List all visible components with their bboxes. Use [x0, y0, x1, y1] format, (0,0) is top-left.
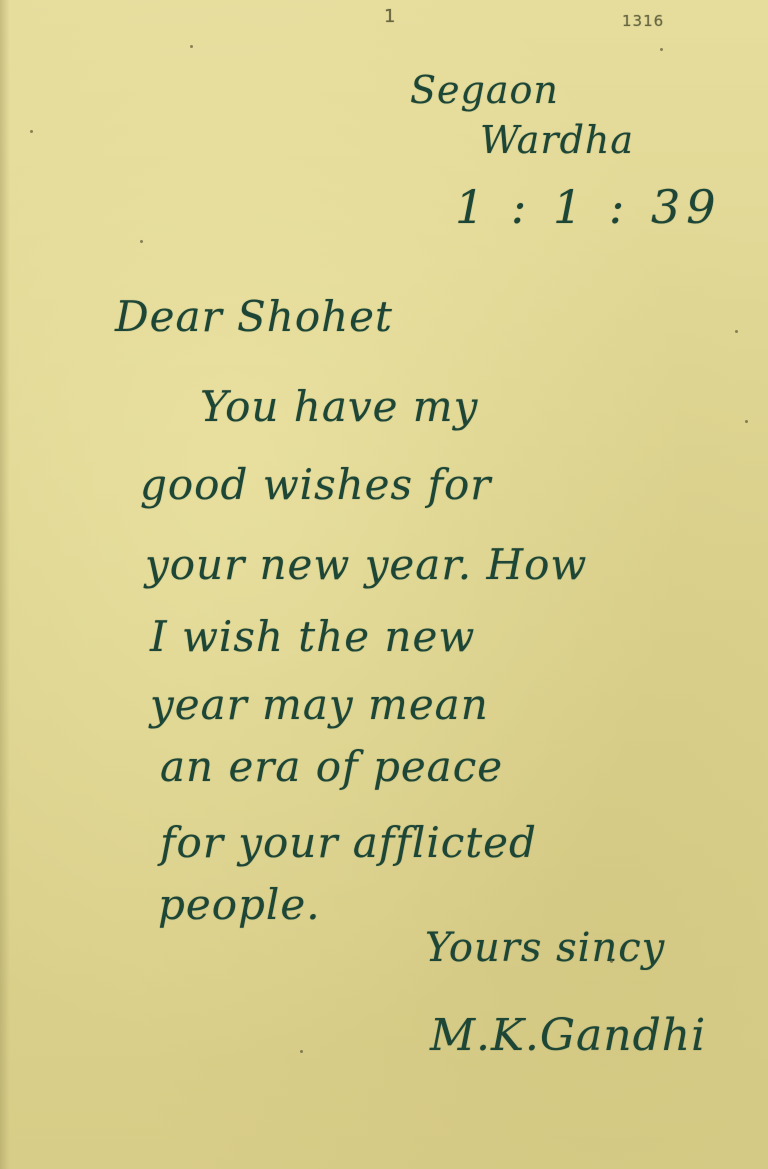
closing: Yours sincy: [425, 925, 665, 971]
body-line-4: I wish the new: [150, 612, 475, 661]
place-line-1: Segaon: [410, 68, 559, 112]
letter-page: 1 1316 Segaon Wardha 1 : 1 : 39 Dear Sho…: [0, 0, 768, 1169]
paper-speck: [30, 130, 33, 133]
salutation: Dear Shohet: [115, 292, 393, 341]
page-number: 1: [384, 6, 396, 27]
signature: M.K.Gandhi: [430, 1010, 706, 1061]
letter-date: 1 : 1 : 39: [455, 180, 722, 234]
place-line-2: Wardha: [480, 118, 634, 162]
paper-speck: [660, 48, 663, 51]
body-line-5: year may mean: [150, 680, 489, 729]
paper-speck: [300, 1050, 303, 1053]
paper-speck: [735, 330, 738, 333]
archive-number: 1316: [622, 12, 664, 30]
body-line-2: good wishes for: [140, 460, 491, 509]
paper-speck: [745, 420, 748, 423]
paper-edge: [0, 0, 10, 1169]
body-line-1: You have my: [200, 382, 478, 431]
body-line-3: your new year. How: [145, 540, 587, 589]
body-line-6: an era of peace: [160, 742, 503, 791]
paper-speck: [610, 960, 613, 963]
paper-speck: [140, 240, 143, 243]
paper-speck: [190, 45, 193, 48]
body-line-8: people.: [158, 880, 321, 929]
body-line-7: for your afflicted: [160, 818, 537, 867]
